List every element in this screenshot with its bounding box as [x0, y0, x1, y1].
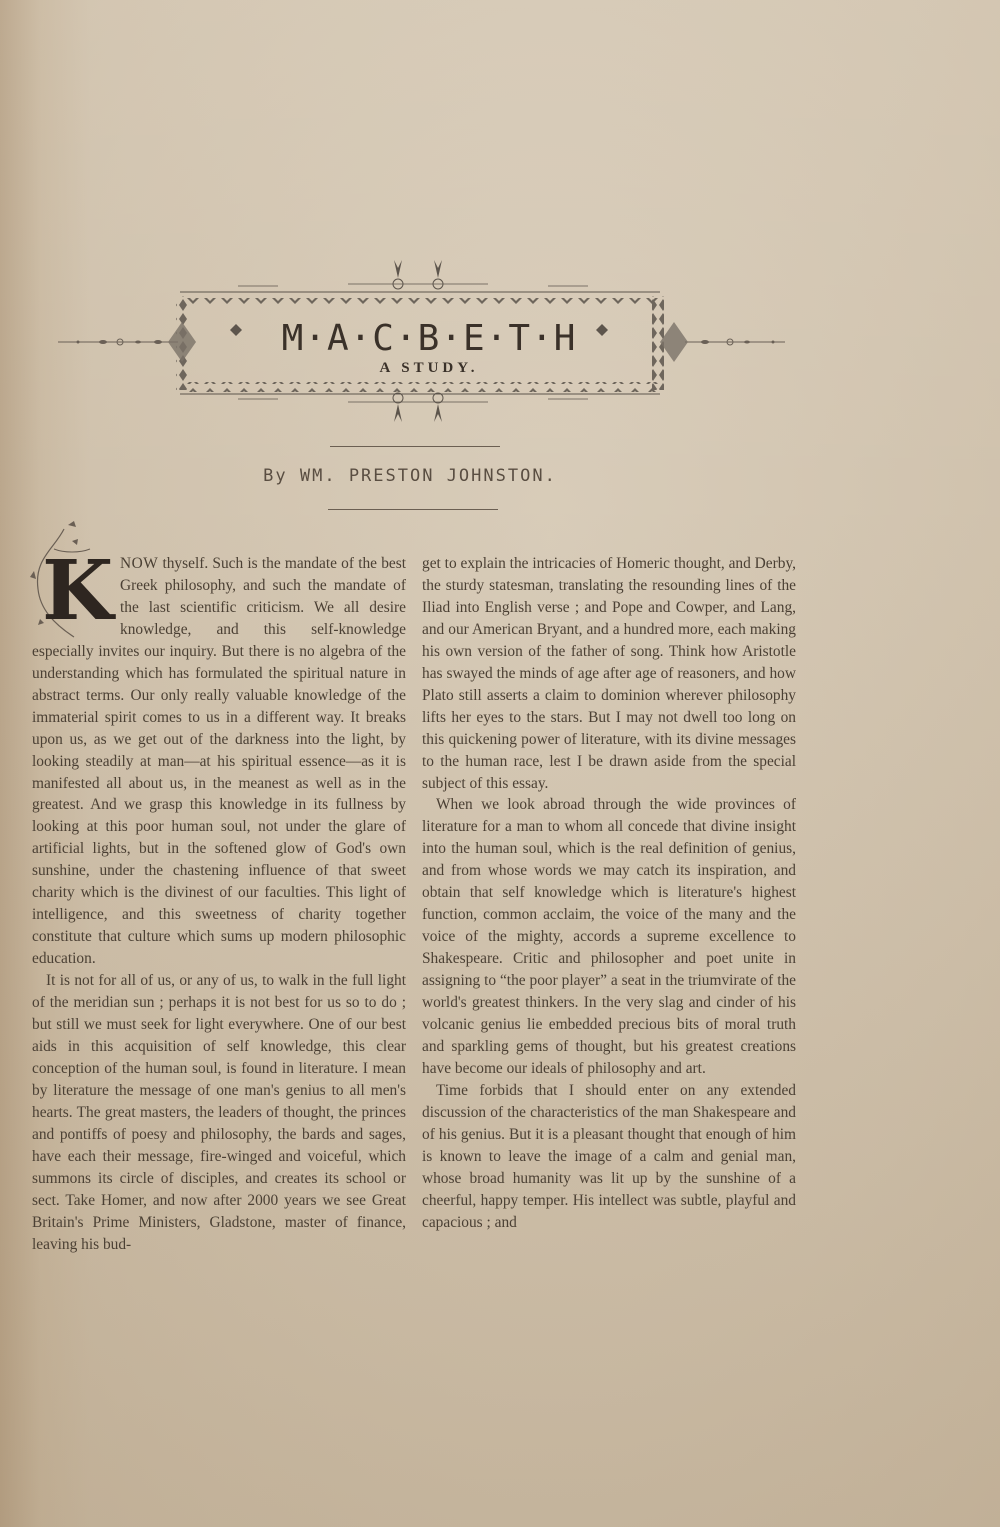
paragraph-1: K NOW thyself. Such is the mandate of th…: [32, 553, 406, 970]
divider-top: [330, 446, 500, 447]
paragraph-2-continued: get to explain the intricacies of Homeri…: [422, 553, 796, 794]
author-byline: By WM. PRESTON JOHNSTON.: [0, 466, 820, 486]
divider-bottom: [328, 509, 498, 510]
document-page: M·A·C·B·E·T·H A STUDY. By WM. PRESTON JO…: [0, 0, 1000, 1527]
right-flourish-ornament: [685, 337, 785, 347]
page-subtitle: A STUDY.: [168, 360, 690, 377]
opening-words: NOW: [120, 555, 158, 572]
title-cartouche: M·A·C·B·E·T·H A STUDY.: [168, 256, 690, 424]
paragraph-4: Time forbids that I should enter on any …: [422, 1080, 796, 1234]
illuminated-initial: K: [32, 551, 114, 639]
paragraph-3: When we look abroad through the wide pro…: [422, 794, 796, 1079]
text-column-left: K NOW thyself. Such is the mandate of th…: [32, 553, 406, 1256]
text-column-right: get to explain the intricacies of Homeri…: [422, 553, 796, 1234]
paragraph-2: It is not for all of us, or any of us, t…: [32, 970, 406, 1255]
page-title: M·A·C·B·E·T·H: [168, 318, 690, 359]
left-flourish-ornament: [58, 337, 178, 347]
dropcap-letter: K: [42, 547, 113, 635]
